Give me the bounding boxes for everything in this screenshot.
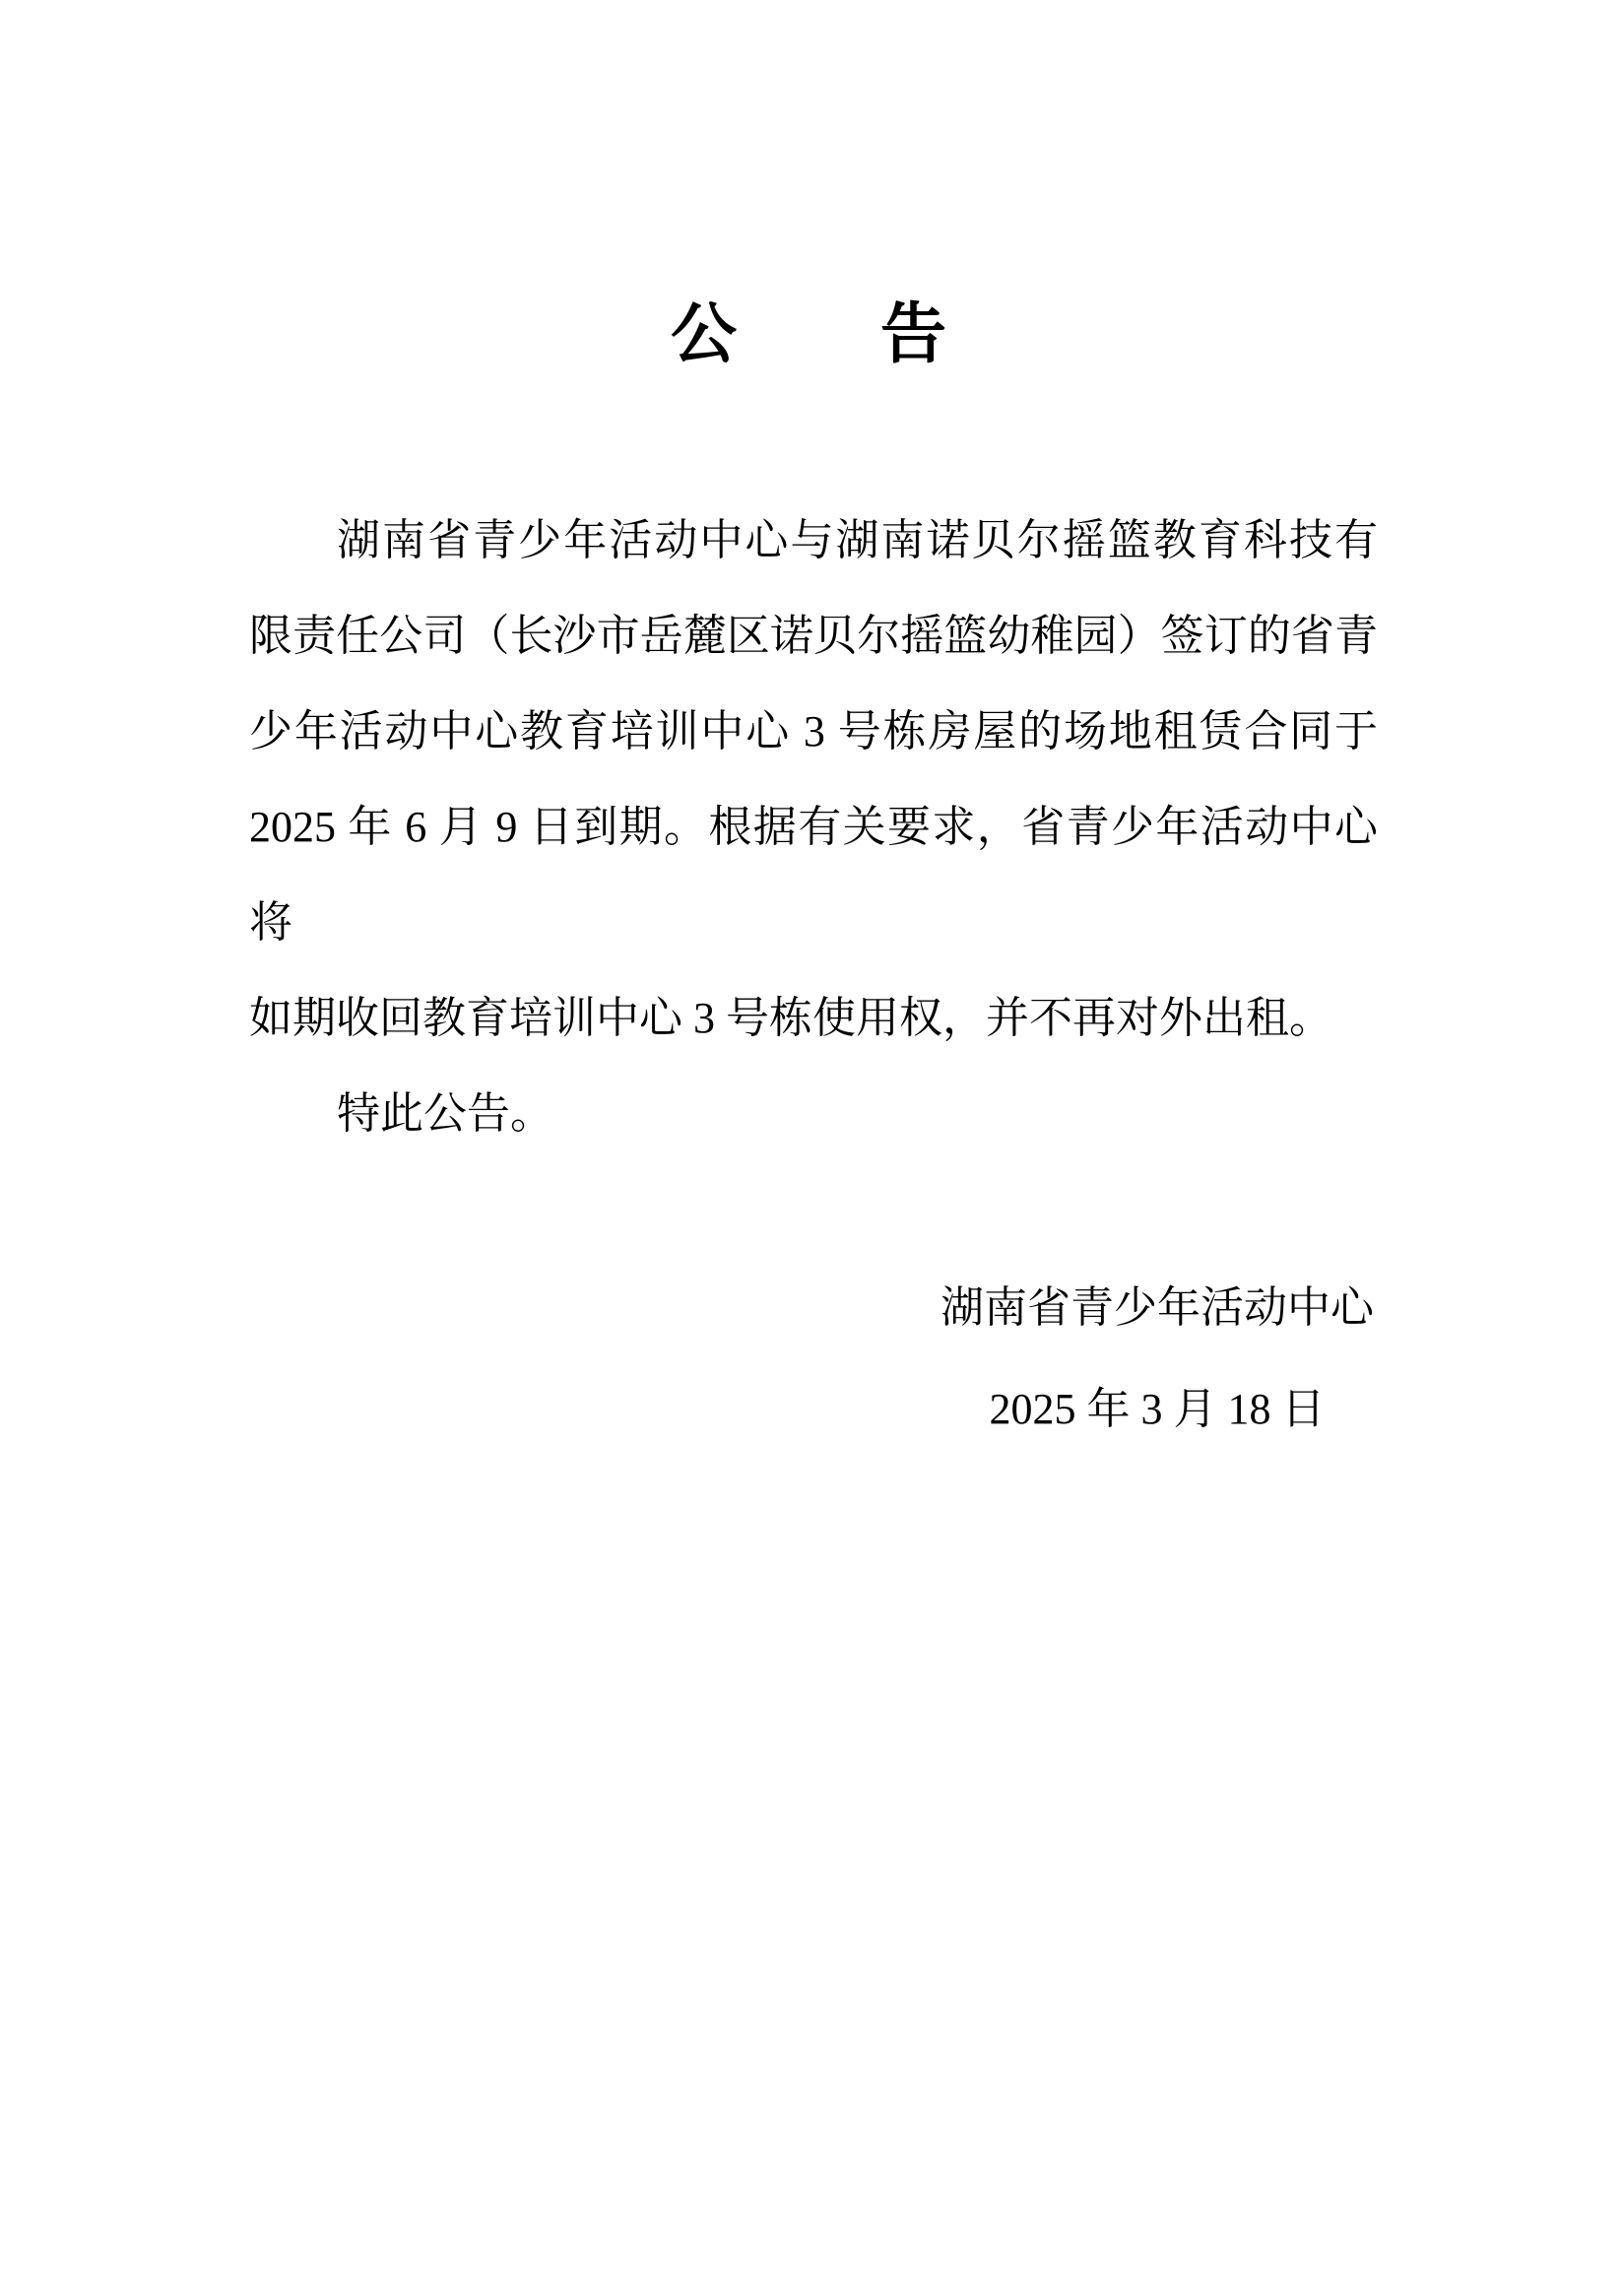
body-line-3: 少年活动中心教育培训中心 3 号栋房屋的场地租赁合同于 [249,684,1378,779]
signature-date: 2025 年 3 月 18 日 [940,1358,1374,1460]
signature-org: 湖南省青少年活动中心 [940,1257,1374,1358]
signature-block: 湖南省青少年活动中心 2025 年 3 月 18 日 [940,1257,1374,1460]
body-line-4: 2025 年 6 月 9 日到期。根据有关要求，省青少年活动中心将 [249,779,1378,970]
announcement-body: 湖南省青少年活动中心与湖南诺贝尔摇篮教育科技有 限责任公司（长沙市岳麓区诺贝尔摇… [249,492,1378,1161]
body-line-5: 如期收回教育培训中心 3 号栋使用权，并不再对外出租。 [249,970,1378,1066]
page-title: 公 告 [0,295,1621,374]
body-line-1: 湖南省青少年活动中心与湖南诺贝尔摇篮教育科技有 [249,492,1378,588]
announcement-page: 公 告 湖南省青少年活动中心与湖南诺贝尔摇篮教育科技有 限责任公司（长沙市岳麓区… [0,0,1621,2296]
closing-line: 特此公告。 [249,1066,1378,1161]
body-line-2: 限责任公司（长沙市岳麓区诺贝尔摇篮幼稚园）签订的省青 [249,588,1378,684]
